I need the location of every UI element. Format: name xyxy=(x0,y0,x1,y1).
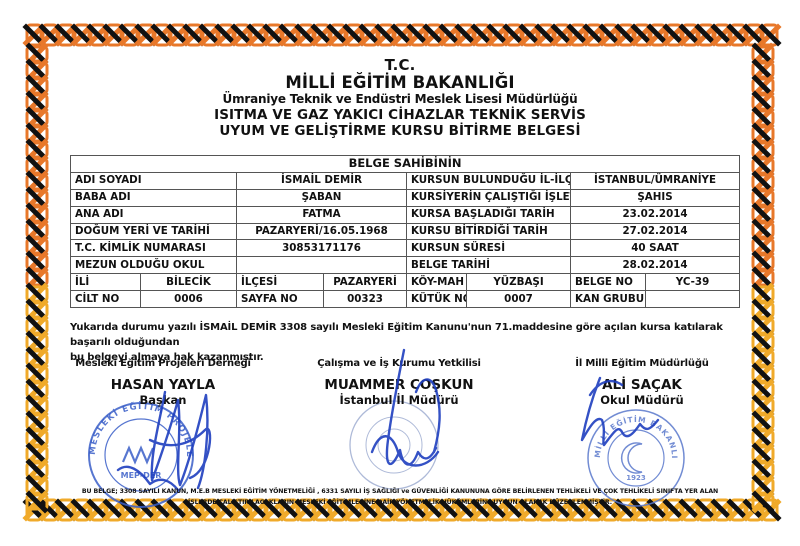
field-value: YC-39 xyxy=(646,274,740,291)
table-row: İLİ BİLECİK İLÇESİ PAZARYERİ KÖY-MAH YÜZ… xyxy=(71,274,740,291)
field-value: İSMAİL DEMİR xyxy=(237,172,407,189)
field-value: FATMA xyxy=(237,206,407,223)
field-label: KURSU BİTİRDİĞİ TARİH xyxy=(407,223,571,240)
field-label: KÖY-MAH xyxy=(407,274,467,291)
table-row: ANA ADI FATMA KURSA BAŞLADIĞI TARİH 23.0… xyxy=(71,206,740,223)
field-value: ŞAHIS xyxy=(571,189,740,206)
header-document-title: UYUM VE GELİŞTİRME KURSU BİTİRME BELGESİ xyxy=(0,123,800,139)
certificate-holder-table: BELGE SAHİBİNİN ADI SOYADI İSMAİL DEMİR … xyxy=(70,155,740,308)
field-label: SAYFA NO xyxy=(237,291,324,308)
table-row: T.C. KİMLİK NUMARASI 30853171176 KURSUN … xyxy=(71,240,740,257)
field-label: ADI SOYADI xyxy=(71,172,237,189)
table-row: BABA ADI ŞABAN KURSİYERİN ÇALIŞTIĞI İŞLE… xyxy=(71,189,740,206)
certificate-page: T.C. MİLLİ EĞİTİM BAKANLIĞI Ümraniye Tek… xyxy=(0,0,800,546)
field-value: İSTANBUL/ÜMRANİYE xyxy=(571,172,740,189)
table-title-row: BELGE SAHİBİNİN xyxy=(71,156,740,173)
field-value: YÜZBAŞI xyxy=(467,274,571,291)
field-label: ANA ADI xyxy=(71,206,237,223)
signatory-name: ALİ SAÇAK xyxy=(527,377,757,393)
field-label: KURSA BAŞLADIĞI TARİH xyxy=(407,206,571,223)
field-label: İLİ xyxy=(71,274,141,291)
field-label: KURSUN SÜRESİ xyxy=(407,240,571,257)
field-label: MEZUN OLDUĞU OKUL xyxy=(71,257,237,274)
field-value: 28.02.2014 xyxy=(571,257,740,274)
header-course: ISITMA VE GAZ YAKICI CİHAZLAR TEKNİK SER… xyxy=(0,107,800,123)
table-row: CİLT NO 0006 SAYFA NO 00323 KÜTÜK NO 000… xyxy=(71,291,740,308)
field-value xyxy=(237,257,407,274)
field-label: İLÇESİ xyxy=(237,274,324,291)
header-ministry: MİLLİ EĞİTİM BAKANLIĞI xyxy=(0,73,800,92)
header-school: Ümraniye Teknik ve Endüstri Meslek Lises… xyxy=(0,92,800,106)
signatory-org: Çalışma ve İş Kurumu Yetkilisi xyxy=(284,358,514,369)
footnote-line: İŞLERDE ÇALIŞTIRILACAKLARIN MESLEKİ EĞİT… xyxy=(0,499,800,506)
table-row: MEZUN OLDUĞU OKUL BELGE TARİHİ 28.02.201… xyxy=(71,257,740,274)
footnote-line: BU BELGE; 3308 SAYILI KANUN, M.E.B MESLE… xyxy=(0,488,800,495)
field-value: 27.02.2014 xyxy=(571,223,740,240)
signatory-education-directorate: İl Milli Eğitim Müdürlüğü ALİ SAÇAK Okul… xyxy=(527,358,757,407)
field-label: CİLT NO xyxy=(71,291,141,308)
field-value: ŞABAN xyxy=(237,189,407,206)
statement-line: Yukarıda durumu yazılı İSMAİL DEMİR 3308… xyxy=(70,320,740,350)
signatory-name: MUAMMER COŞKUN xyxy=(284,377,514,393)
field-label: BABA ADI xyxy=(71,189,237,206)
field-label: BELGE TARİHİ xyxy=(407,257,571,274)
signatory-org: Mesleki Eğitim Projeleri Derneği xyxy=(48,358,278,369)
field-label: DOĞUM YERİ VE TARİHİ xyxy=(71,223,237,240)
table-title: BELGE SAHİBİNİN xyxy=(71,156,740,173)
field-value: BİLECİK xyxy=(141,274,237,291)
field-label: T.C. KİMLİK NUMARASI xyxy=(71,240,237,257)
field-value: 0007 xyxy=(467,291,571,308)
signatory-role: Başkan xyxy=(48,393,278,407)
signatory-role: İstanbul İl Müdürü xyxy=(284,393,514,407)
signatory-name: HASAN YAYLA xyxy=(48,377,278,393)
field-value: 23.02.2014 xyxy=(571,206,740,223)
signatory-association: Mesleki Eğitim Projeleri Derneği HASAN Y… xyxy=(48,358,278,407)
field-value: 30853171176 xyxy=(237,240,407,257)
signatory-role: Okul Müdürü xyxy=(527,393,757,407)
field-value: PAZARYERİ xyxy=(324,274,407,291)
field-label: KAN GRUBU xyxy=(571,291,646,308)
signatory-labour-agency: Çalışma ve İş Kurumu Yetkilisi MUAMMER C… xyxy=(284,358,514,407)
field-value: 40 SAAT xyxy=(571,240,740,257)
field-label: KÜTÜK NO xyxy=(407,291,467,308)
field-value xyxy=(646,291,740,308)
field-label: KURSUN BULUNDUĞU İL-İLÇE xyxy=(407,172,571,189)
header-country: T.C. xyxy=(0,56,800,74)
field-value: 0006 xyxy=(141,291,237,308)
signatory-org: İl Milli Eğitim Müdürlüğü xyxy=(527,358,757,369)
field-value: PAZARYERİ/16.05.1968 xyxy=(237,223,407,240)
field-label: KURSİYERİN ÇALIŞTIĞI İŞLETME xyxy=(407,189,571,206)
field-value: 00323 xyxy=(324,291,407,308)
table-row: ADI SOYADI İSMAİL DEMİR KURSUN BULUNDUĞU… xyxy=(71,172,740,189)
table-row: DOĞUM YERİ VE TARİHİ PAZARYERİ/16.05.196… xyxy=(71,223,740,240)
field-label: BELGE NO xyxy=(571,274,646,291)
